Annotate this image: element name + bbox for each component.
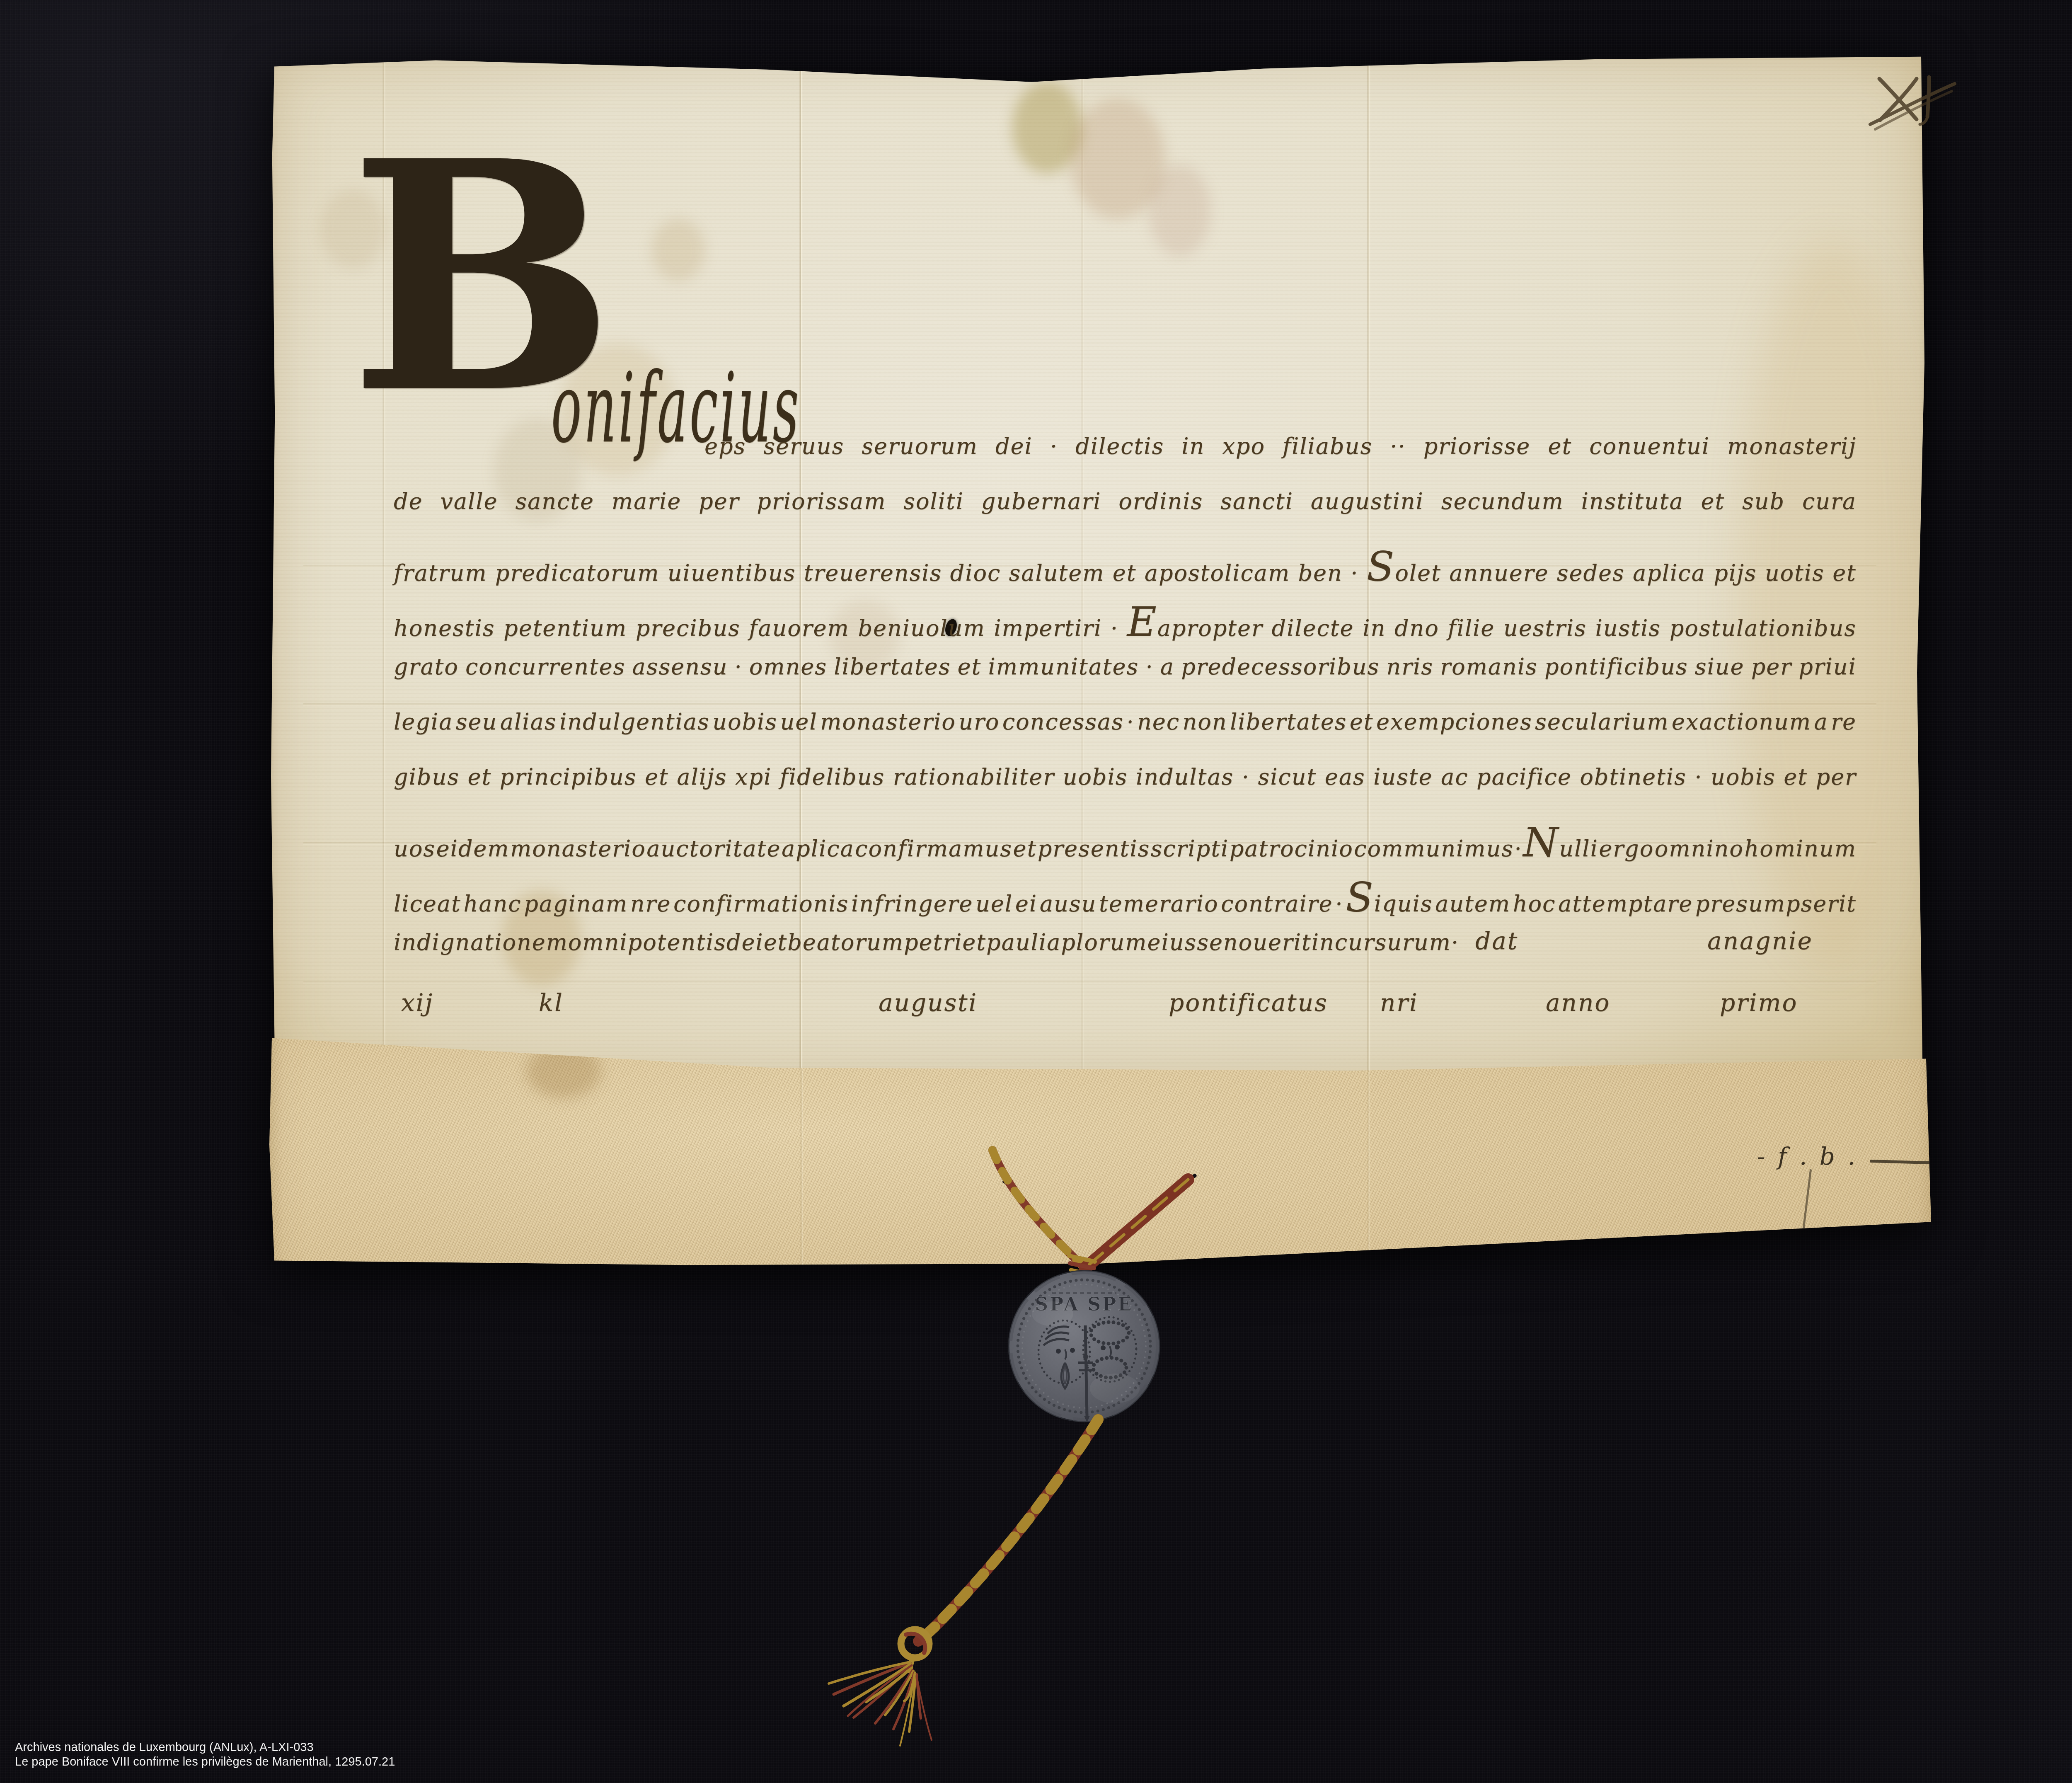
manuscript-word: pontificibus [1544, 654, 1688, 680]
manuscript-word: aplica [1633, 560, 1706, 586]
manuscript-word: ac [1441, 764, 1468, 790]
manuscript-word: dei [726, 929, 764, 955]
manuscript-word: fratrum [394, 560, 487, 586]
manuscript-word: ordinis [1118, 488, 1203, 514]
manuscript-word: et [958, 654, 982, 680]
manuscript-word: ergo [1599, 836, 1654, 862]
manuscript-word: indultas [1136, 764, 1234, 790]
caption-line-2: Le pape Boniface VIII confirme les privi… [15, 1755, 395, 1769]
manuscript-word: hominum [1744, 836, 1857, 862]
manuscript-word: indulgentias [559, 709, 710, 735]
manuscript-word: sancte [515, 488, 594, 514]
manuscript-word: · [1335, 891, 1343, 917]
manuscript-word: liceat [394, 891, 461, 917]
manuscript-word: · [735, 654, 743, 680]
manuscript-word: exactionum [1672, 709, 1811, 735]
manuscript-word: monasterio [820, 709, 956, 735]
manuscript-line: legiaseualiasindulgentiasuobisuelmonaste… [394, 709, 1857, 735]
manuscript-line: liceathancpaginamnreconfirmationisinfrin… [394, 874, 1857, 921]
manuscript-word: temerario [1099, 891, 1218, 917]
manuscript-word: presentis [1038, 836, 1150, 862]
manuscript-word: priui [1798, 654, 1857, 680]
manuscript-word: ben [1298, 560, 1343, 586]
manuscript-word: precibus [636, 615, 741, 641]
manuscript-word: uobis [712, 709, 777, 735]
manuscript-word: gibus [394, 764, 460, 790]
manuscript-word: confirmationis [673, 891, 849, 917]
manuscript-word: apostolicam [1145, 560, 1290, 586]
manuscript-word: seruorum [862, 433, 978, 459]
manuscript-word: autem [1435, 891, 1510, 917]
manuscript-word: monasterij [1727, 433, 1857, 459]
manuscript-word: uobis [1063, 764, 1128, 790]
manuscript-word: uiuentibus [668, 560, 796, 586]
manuscript-word: Siquis [1346, 874, 1433, 921]
manuscript-word: presumpserit [1695, 891, 1857, 917]
manuscript-word: nec [1137, 709, 1180, 735]
manuscript-word: et [764, 929, 788, 955]
manuscript-word: se [1197, 929, 1223, 955]
manuscript-line: gratoconcurrentesassensu·omneslibertates… [394, 654, 1857, 680]
manuscript-line: honestispetentiumprecibusfauorembeniuolu… [394, 598, 1857, 645]
manuscript-word: valle [440, 488, 498, 514]
manuscript-word: dilecte [1271, 615, 1354, 641]
manuscript-word: pontificatus [1169, 988, 1328, 1017]
manuscript-word: incursurum [1312, 929, 1451, 955]
manuscript-line: epsseruusseruorumdei·dilectisinxpofiliab… [704, 433, 1857, 459]
manuscript-word: in [1181, 433, 1205, 459]
manuscript-word: alijs [677, 764, 727, 790]
manuscript-word: impertiri [994, 615, 1102, 641]
manuscript-word: petentium [503, 615, 627, 641]
manuscript-word: et [1784, 764, 1808, 790]
manuscript-word: cura [1802, 488, 1857, 514]
manuscript-word: uotis [1765, 560, 1825, 586]
manuscript-word: xpi [735, 764, 772, 790]
manuscript-word: et [467, 764, 491, 790]
manuscript-word: sub [1742, 488, 1785, 514]
manuscript-word: marie [612, 488, 681, 514]
manuscript-word: communimus [1354, 836, 1514, 862]
manuscript-word: · [1111, 615, 1118, 641]
manuscript-word: nris [1386, 654, 1433, 680]
caption: Archives nationales de Luxembourg (ANLux… [15, 1740, 395, 1769]
manuscript-word: xpo [1222, 433, 1265, 459]
manuscript-word: hanc [463, 891, 521, 917]
manuscript-word: confirmamus [855, 836, 1012, 862]
manuscript-word: monasterio [510, 836, 646, 862]
manuscript-word: libertates [1230, 709, 1347, 735]
manuscript-word: et [1548, 433, 1572, 459]
manuscript-word: · [1242, 764, 1250, 790]
manuscript-word: nri [1380, 988, 1418, 1017]
manuscript-word: postulationibus [1670, 615, 1857, 641]
manuscript-word: concessas [1002, 709, 1124, 735]
manuscript-word: de [394, 488, 423, 514]
manuscript-word: paginam [524, 891, 628, 917]
manuscript-word: et [1350, 709, 1374, 735]
manuscript-word: principibus [500, 764, 637, 790]
manuscript-line: uoseidemmonasterioauctoritateaplicaconfi… [394, 819, 1857, 866]
manuscript-word: et [1113, 560, 1137, 586]
manuscript-word: beniuolum [858, 615, 985, 641]
lead-seal-bulla: SPA SPE [1003, 1264, 1169, 1434]
manuscript-word: kl [539, 988, 564, 1017]
caption-line-1: Archives nationales de Luxembourg (ANLux… [15, 1740, 395, 1755]
manuscript-line: gibusetprincipibusetalijsxpifidelibusrat… [394, 764, 1857, 790]
manuscript-line: indignationemomnipotentisdeietbeatorumpe… [394, 929, 1388, 955]
manuscript-word: · [1351, 560, 1358, 586]
manuscript-line: devallesanctemarieperpriorissamsolitigub… [394, 488, 1857, 514]
manuscript-word: predecessoribus [1181, 654, 1380, 680]
manuscript-word: rationabiliter [893, 764, 1055, 790]
manuscript-word: soliti [903, 488, 964, 514]
manuscript-word: auctoritate [646, 836, 781, 862]
manuscript-word: nre [630, 891, 671, 917]
manuscript-word: salutem [1009, 560, 1105, 586]
manuscript-word: fauorem [749, 615, 849, 641]
manuscript-word: pacifice [1477, 764, 1572, 790]
manuscript-word: a [1814, 709, 1828, 735]
manuscript-word: legia [394, 709, 453, 735]
manuscript-word: instituta [1581, 488, 1684, 514]
manuscript-word: pijs [1714, 560, 1757, 586]
manuscript-word: gubernari [981, 488, 1101, 514]
manuscript-word: scripti [1151, 836, 1229, 862]
manuscript-word: alias [500, 709, 557, 735]
manuscript-word: re [1831, 709, 1857, 735]
manuscript-word: uos [394, 836, 436, 862]
manuscript-word: exempciones [1376, 709, 1532, 735]
manuscript-word: aplica [782, 836, 854, 862]
manuscript-word: · [1514, 836, 1522, 862]
manuscript-word: xij [401, 988, 433, 1017]
manuscript-word: iustis [1595, 615, 1661, 641]
manuscript-word: non [1183, 709, 1227, 735]
manuscript-word: immunitates [988, 654, 1139, 680]
manuscript-word: sedes [1557, 560, 1625, 586]
corner-mark-crossed-xi [1867, 62, 1958, 133]
manuscript-word: Nulli [1523, 819, 1598, 866]
manuscript-word: conuentui [1589, 433, 1710, 459]
manuscript-word: siue [1695, 654, 1745, 680]
manuscript-word: annuere [1449, 560, 1549, 586]
manuscript-word: · [1050, 433, 1058, 459]
manuscript-word: aplorum [1047, 929, 1147, 955]
manuscript-word: attemptare [1558, 891, 1693, 917]
manuscript-word: patrocinio [1230, 836, 1353, 862]
manuscript-word: dei [995, 433, 1033, 459]
manuscript-word: uel [975, 891, 1013, 917]
manuscript-word: eius [1147, 929, 1197, 955]
manuscript-word: iuste [1373, 764, 1433, 790]
manuscript-word: eidem [436, 836, 510, 862]
manuscript-word: seruus [763, 433, 844, 459]
manuscript-word: et [645, 764, 669, 790]
manuscript-word: et [962, 929, 986, 955]
manuscript-word: anno [1546, 988, 1610, 1017]
manuscript-word: in [1363, 615, 1386, 641]
manuscript-word: et [1013, 836, 1037, 862]
manuscript-word: dno [1394, 615, 1439, 641]
manuscript-word: libertates [834, 654, 951, 680]
manuscript-word: fidelibus [780, 764, 885, 790]
manuscript-word: · [1126, 709, 1134, 735]
manuscript-word: priorisse [1423, 433, 1531, 459]
manuscript-word: nouerit [1223, 929, 1312, 955]
manuscript-word: primo [1720, 988, 1798, 1017]
manuscript-word: per [699, 488, 739, 514]
photo-of-charter: - f . b . B onifacius epsseruusseruorumd… [0, 0, 2072, 1783]
manuscript-word: dilectis [1075, 433, 1164, 459]
manuscript-word: treuerensis [804, 560, 942, 586]
manuscript-word: hoc [1513, 891, 1556, 917]
manuscript-word: anagnie [1707, 927, 1813, 955]
manuscript-word: uestris [1503, 615, 1587, 641]
manuscript-word: seu [456, 709, 497, 735]
manuscript-word: Eapropter [1127, 598, 1263, 645]
manuscript-word: · [1145, 654, 1153, 680]
manuscript-word: et [1832, 560, 1857, 586]
seal-cord-lower [808, 1409, 1123, 1741]
manuscript-word: omnes [749, 654, 827, 680]
manuscript-word: a [1160, 654, 1174, 680]
manuscript-word: filie [1447, 615, 1495, 641]
manuscript-word: grato [394, 654, 459, 680]
manuscript-word: uel [780, 709, 818, 735]
manuscript-word: uro [959, 709, 1000, 735]
manuscript-word: sancti [1220, 488, 1293, 514]
manuscript-word: omnipotentis [568, 929, 726, 955]
manuscript-word: per [1816, 764, 1857, 790]
manuscript-word: augusti [879, 988, 978, 1017]
manuscript-word: Solet [1367, 543, 1441, 590]
manuscript-word: secularium [1535, 709, 1669, 735]
manuscript-word: dat [1475, 927, 1518, 955]
manuscript-word: beatorum [787, 929, 904, 955]
manuscript-word: predicatorum [495, 560, 660, 586]
manuscript-word: uobis [1711, 764, 1776, 790]
manuscript-word: · [1451, 929, 1459, 955]
manuscript-word: eas [1325, 764, 1365, 790]
manuscript-word: honestis [394, 615, 495, 641]
manuscript-word: pauli [986, 929, 1047, 955]
manuscript-line: fratrumpredicatorumuiuentibustreuerensis… [394, 543, 1857, 590]
manuscript-word: priorissam [757, 488, 886, 514]
manuscript-word: eps [704, 433, 746, 459]
manuscript-word: romanis [1440, 654, 1537, 680]
manuscript-word: per [1751, 654, 1792, 680]
manuscript-word: ·· [1390, 433, 1406, 459]
manuscript-word: augustini [1311, 488, 1424, 514]
manuscript-word: filiabus [1283, 433, 1372, 459]
manuscript-word: obtinetis [1580, 764, 1686, 790]
manuscript-word: ausu [1040, 891, 1097, 917]
manuscript-word: · [1694, 764, 1702, 790]
seal-cord-upper [953, 1131, 1243, 1285]
manuscript-word: concurrentes [465, 654, 625, 680]
manuscript-word: contraire [1221, 891, 1333, 917]
manuscript-word: omnino [1655, 836, 1744, 862]
manuscript-word: dioc [950, 560, 1001, 586]
manuscript-word: sicut [1258, 764, 1317, 790]
manuscript-word: petri [904, 929, 962, 955]
manuscript-word: ei [1015, 891, 1037, 917]
manuscript-word: secundum [1441, 488, 1564, 514]
manuscript-word: indignationem [394, 929, 568, 955]
manuscript-word: infringere [851, 891, 973, 917]
manuscript-word: et [1701, 488, 1725, 514]
manuscript-word: assensu [632, 654, 728, 680]
